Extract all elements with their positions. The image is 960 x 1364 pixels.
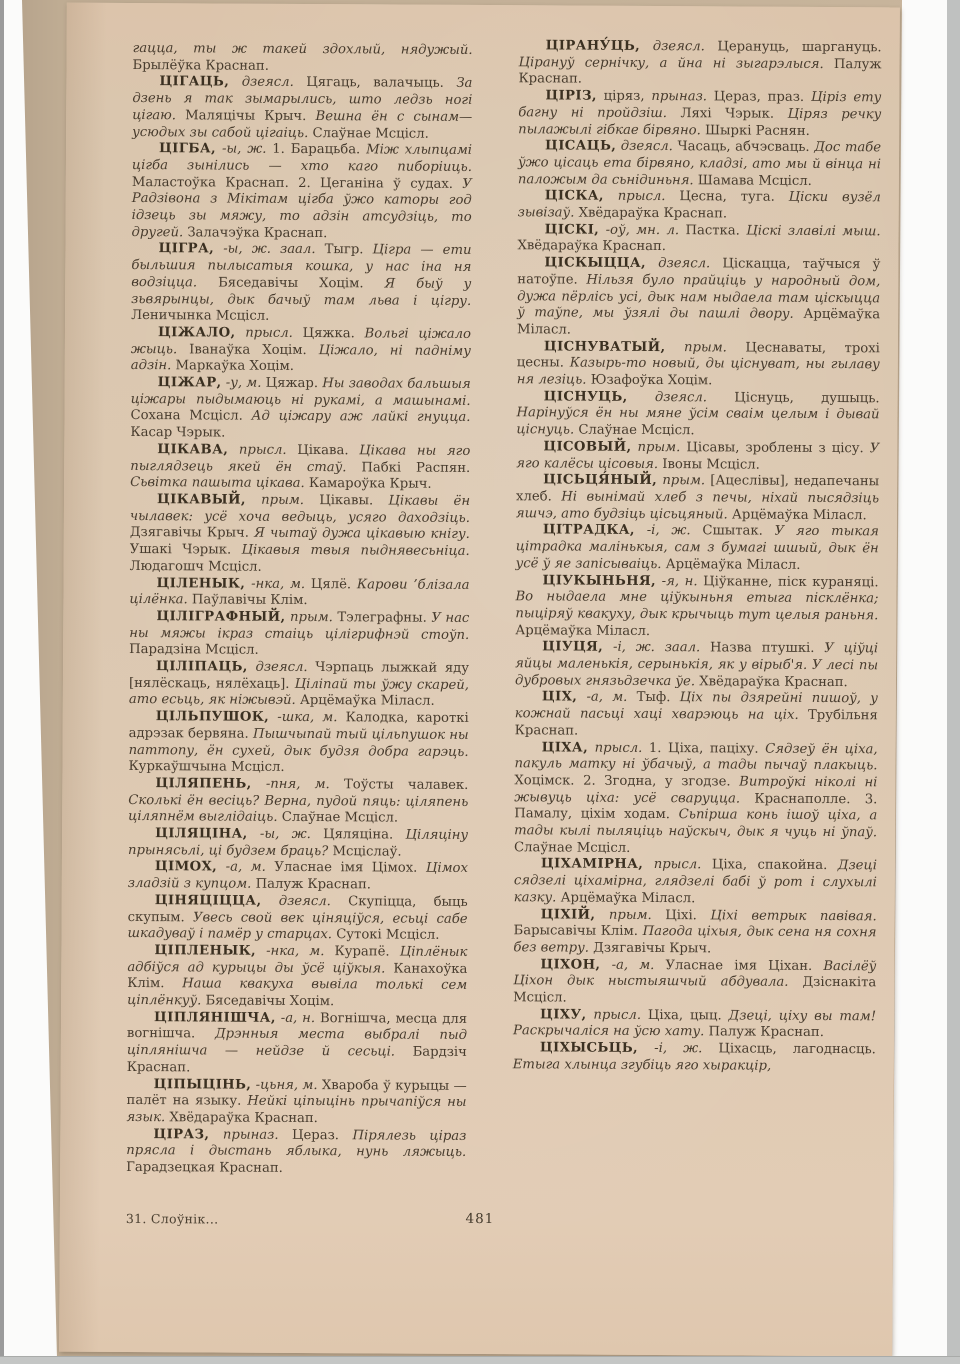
entry-example-text: -а, н. — [276, 1011, 320, 1026]
entry-definition-text: Тыгр. — [325, 243, 373, 258]
dictionary-entry: ЦІХУ, прысл. Ціха, цыц. Дзеці, ціху вы т… — [513, 1007, 876, 1042]
headword: ЦІСКЫЦЦА, — [544, 256, 646, 272]
entry-definition-text: Брылёўка Краснап. — [132, 58, 268, 74]
entry-definition-text: Іванаўка Хоцім. — [189, 342, 319, 358]
entry-definition-text: Ціхі. — [665, 908, 710, 923]
entry-example-text: дзеясл. — [640, 39, 717, 54]
left-text-column: гацца, ты ж такей здохлый, нядужый. Брыл… — [126, 41, 473, 1179]
entry-definition-text: Сутокі Мсцісл. — [336, 927, 439, 943]
dictionary-entry: ЦІЛЯПЕНЬ, -пня, м. Тоўсты чалавек. Сколь… — [128, 776, 468, 828]
entry-definition-text: Мсціслаў. — [332, 844, 401, 859]
headword: ЦІКАВЫЙ, — [157, 492, 246, 508]
entry-example-text: прысл. — [604, 189, 680, 204]
entry-definition-text: Цесна, туга. — [679, 189, 788, 205]
entry-definition-text: Хвёдараўка Краснап. — [169, 1110, 318, 1126]
dictionary-entry: ЦІТРАДКА, -і, ж. Сшытак. У яго тыкая ціт… — [516, 523, 879, 575]
entry-definition-text: Цераз. — [292, 1128, 353, 1143]
entry-definition-text: Маластоўка Краснап. 2. Цеганіна ў судах. — [132, 175, 463, 192]
entry-definition-text: Івоны Мсцісл. — [662, 457, 760, 473]
entry-definition-text: Ціснуць, душыць. — [734, 390, 879, 406]
entry-example-text: Етыга хлынца згубіць яго хыракцір, — [513, 1057, 771, 1073]
entry-definition-text: Арцёмаўка Міласл. — [666, 557, 801, 573]
entry-definition-text: Пастка. — [685, 223, 746, 238]
entry-example-text: Ціхі ветрык павівая. — [710, 908, 876, 924]
entry-definition-text: Дзягавічы Крыч. — [593, 941, 711, 957]
entry-example-text: Ціскі злавілі мыш. — [746, 223, 880, 239]
entry-example-text: Во ныдаела мне ціўкыньня етыга пісклёнка… — [515, 589, 878, 623]
entry-definition-text: Цягаць, валачыць. — [306, 75, 456, 91]
dictionary-entry: ЦІРАНУ́ЦЬ, дзеясл. Церануць, шаргануць. … — [518, 38, 881, 90]
entry-example-text: Сьвітка пашыта цікава. — [130, 475, 309, 491]
entry-definition-text: Пабкі Распян. — [361, 460, 470, 476]
scan-edge-bottom — [0, 1356, 960, 1364]
entry-definition-text: ціряз, — [597, 89, 652, 104]
dictionary-entry: ЦІРІЗ, ціряз, прыназ. Цераз, праз. Ціріз… — [518, 88, 881, 140]
entry-example-text: прым. — [246, 493, 319, 508]
headword: ЦІХЫСЬЦЬ, — [540, 1041, 638, 1057]
dictionary-entry: ЦІЛЯЦІНА, -ы, ж. Цяляціна. Ціляціну прын… — [128, 826, 468, 861]
entry-example-text: дзеясл. — [628, 390, 735, 406]
dictionary-entry: ЦІСОВЫЙ, прым. Цісавы, зроблены з цісу. … — [516, 439, 879, 474]
entry-example-text: -ы, ж. — [216, 142, 272, 157]
headword: ЦІРІЗ, — [545, 88, 597, 103]
entry-definition-text: Арцёмаўка Міласл. — [300, 693, 435, 709]
entry-definition-text: Палуж Краснап. — [709, 1025, 824, 1041]
entry-definition-text: Арцёмаўка Міласл. — [515, 623, 650, 639]
dictionary-entry: ЦІХІЙ, прым. Ціхі. Ціхі ветрык павівая. … — [513, 907, 876, 959]
entry-definition-text: Маляцічы Крыч. — [185, 108, 315, 124]
entry-example-text: прым. — [595, 907, 665, 922]
headword: ЦІХУ, — [540, 1007, 587, 1022]
signature-note: 31. Слоўнік... — [126, 1211, 219, 1227]
headword: ЦІПЛЕНЫК, — [154, 943, 256, 959]
entry-example-text: -ы, ж. заал. — [214, 242, 325, 258]
dictionary-entry: ЦІХА, прысл. 1. Ціха, паціху. Сядзеў ён … — [514, 740, 878, 859]
entry-definition-text: Ціхасць, лагоднасць. — [718, 1042, 876, 1058]
entry-definition-text: Уласнае імя Ціхан. — [665, 958, 823, 974]
dictionary-entry: ЦІСНУВАТЫЙ, прым. Цеснаваты, трохі цесны… — [517, 339, 880, 391]
dictionary-entry: ЦІХОН, -а, м. Уласнае імя Ціхан. Васілёў… — [513, 957, 876, 1009]
entry-example-text: -пня, м. — [252, 777, 344, 793]
entry-definition-text: Ціўканне, піск кураняці. — [703, 574, 878, 590]
entry-example-text: дзеясл. — [248, 660, 316, 675]
entry-definition-text: Арцёмаўка Міласл. — [561, 890, 696, 906]
entry-definition-text: Сохана Мсцісл. — [130, 408, 251, 424]
entry-definition-text: Юзафоўка Хоцім. — [591, 373, 713, 389]
entry-example-text: прысл. — [643, 857, 712, 872]
entry-example-text: -а, м. — [217, 860, 274, 875]
entry-definition-text: Цераз, праз. — [714, 89, 811, 105]
entry-example-text: -нка, м. — [245, 576, 311, 591]
dictionary-entry: ЦІХАМІРНА, прысл. Ціха, спакойна. Дзеці … — [514, 857, 877, 909]
headword: ЦІГАЦЬ, — [159, 75, 229, 90]
headword: ЦІПЛЯНІШЧА, — [154, 1010, 276, 1026]
headword: ЦІСКІ, — [545, 222, 600, 237]
entry-definition-text: Ушакі Чэрык. — [130, 542, 242, 558]
headword: ЦІХА, — [542, 740, 589, 755]
entry-example-text: -у, м. — [222, 376, 266, 391]
entry-example-text: прысл. — [588, 740, 649, 755]
dictionary-entry: ЦІСКІ, -оў, мн. л. Пастка. Ціскі злавілі… — [517, 222, 880, 257]
entry-example-text: -ы, ж. — [248, 827, 324, 842]
entry-definition-text: Шамава Мсцісл. — [698, 173, 812, 189]
entry-example-text: прысл. — [235, 326, 302, 341]
dictionary-entry: ЦІПЛЯНІШЧА, -а, н. Вогнішча, месца для в… — [127, 1010, 467, 1079]
entry-example-text: Я чытаў дужа цікавыю кнігу. — [254, 526, 470, 542]
entry-example-text: -і, ж. — [635, 523, 703, 538]
scan-edge-left — [0, 0, 4, 1364]
entry-example-text: дзеясл. — [646, 256, 722, 271]
entry-example-text: прыназ. — [651, 89, 714, 104]
entry-example-text: -а, м. — [600, 957, 665, 972]
right-text-column: ЦІРАНУ́ЦЬ, дзеясл. Церануць, шаргануць. … — [513, 38, 882, 1076]
dictionary-entry: ЦІПЫЦІНЬ, -цьня, м. Хвароба ў курыцы — п… — [126, 1077, 466, 1129]
entry-example-text: прым. — [665, 340, 745, 355]
headword: ЦІНЯЦІЦЦА, — [155, 893, 262, 909]
entry-definition-text: Тоўсты чалавек. — [344, 777, 468, 793]
entry-definition-text: Часаць, абчэсваць. — [677, 139, 814, 155]
dictionary-entry: ЦІКАВЫЙ, прым. Цікавы. Цікавы ён чылавек… — [130, 492, 470, 577]
headword: ЦІЛЯПЕНЬ, — [155, 776, 251, 792]
headword: ЦІЛЕНЫК, — [157, 576, 246, 592]
entry-definition-text: Слаўнае Мсцісл. — [312, 126, 428, 142]
entry-definition-text: Леничынка Мсцісл. — [131, 308, 269, 324]
headword: ЦІЖАЛО, — [158, 325, 236, 340]
entry-example-text: -шка, м. — [269, 710, 345, 725]
headword: ЦІУЦЯ, — [542, 640, 603, 655]
headword: ЦІПЫЦІНЬ, — [154, 1077, 252, 1093]
entry-definition-text: Гарадзецкая Краснап. — [126, 1160, 283, 1176]
headword: ЦІМОХ, — [155, 860, 217, 875]
entry-definition-text: Хоцімск. 2. Згодна, у згодзе. — [514, 773, 739, 789]
entry-definition-text: Слаўнае Мсцісл. — [514, 840, 630, 856]
entry-definition-text: Уласнае імя Цімох. — [274, 860, 426, 876]
entry-example-text: прым. — [631, 440, 686, 455]
headword: ЦІРАНУ́ЦЬ, — [546, 38, 641, 54]
dictionary-entry: ЦІЛЕНЫК, -нка, м. Цялё. Карови ’блізала … — [129, 575, 469, 610]
headword: ЦІЛЬПУШОК, — [156, 709, 270, 725]
dictionary-entry: ЦІГБА, -ы, ж. 1. Барацьба. Між хлыпцамі … — [132, 141, 473, 243]
entry-example-text: дзеясл. — [616, 139, 677, 154]
entry-definition-text: Палуж Краснап. — [256, 877, 371, 893]
dictionary-entry: ЦІГРА, -ы, ж. заал. Тыгр. Цігра — ети бы… — [131, 241, 471, 326]
entry-definition-text: Паўлавічы Клім. — [192, 593, 308, 609]
dictionary-entry: ЦІЛЬПУШОК, -шка, м. Калодка, кароткі адр… — [128, 709, 468, 778]
headword: ЦІЛІПАЦЬ, — [156, 659, 248, 675]
headword: ЦІСНУВАТЫЙ, — [544, 339, 666, 355]
dictionary-entry: ЦІСНУЦЬ, дзеясл. Ціснуць, душыць. Наріну… — [516, 389, 879, 441]
dictionary-entry: ЦІЛІГРАФНЫЙ, прым. Тэлеграфны. У нас ны … — [129, 609, 469, 661]
entry-definition-text: Камароўка Крыч. — [309, 476, 432, 492]
entry-definition-text: Ціха, цыц. — [648, 1008, 729, 1023]
dictionary-entry: ЦІНЯЦІЦЦА, дзеясл. Скупіцца, быць скупым… — [127, 893, 467, 945]
headword: ЦІЖАР, — [158, 375, 222, 390]
entry-definition-text: Цяжар. — [266, 376, 323, 391]
entry-definition-text: Слаўнае Мсцісл. — [578, 423, 694, 439]
entry-definition-text: Цяляціна. — [323, 827, 405, 842]
entry-example-text: -я, н. — [656, 574, 703, 589]
headword: ЦІХ, — [542, 690, 577, 705]
entry-definition-text: Цяжка. — [303, 326, 365, 341]
scan-edge-right — [947, 0, 960, 1364]
entry-definition-text: Арцёмаўка Міласл. — [732, 507, 867, 523]
entry-definition-text: Парадзіна Мсцісл. — [129, 642, 259, 658]
headword: ЦІУКЫНЬНЯ, — [543, 573, 657, 589]
dictionary-entry: ЦІСКА, прысл. Цесна, туга. Ціски вузёл з… — [518, 189, 881, 224]
entry-example-text: прыназ. — [209, 1127, 292, 1142]
headword: ЦІРАЗ, — [153, 1127, 209, 1142]
dictionary-entry: ЦІЖАЛО, прысл. Цяжка. Вольгі ціжало жыць… — [131, 325, 471, 377]
dictionary-page-scan: гацца, ты ж такей здохлый, нядужый. Брыл… — [59, 3, 900, 1357]
headword: ЦІТРАДКА, — [543, 523, 635, 539]
entry-definition-text: Цікавы. — [319, 493, 388, 508]
entry-definition-text: Сшытак. — [702, 524, 774, 539]
dictionary-entry: ЦІСАЦЬ, дзеясл. Часаць, абчэсваць. Дос т… — [518, 138, 881, 190]
dictionary-entry: ЦІЛІПАЦЬ, дзеясл. Чэрпаць лыжкай яду [ня… — [129, 659, 469, 711]
entry-definition-text: Церануць, шаргануць. — [717, 39, 881, 55]
entry-definition-text: Курапё. — [334, 944, 399, 959]
dictionary-entry: ЦІСКЫЦЦА, дзеясл. Ціскацца, таўчыся ў на… — [517, 255, 880, 341]
headword: ЦІХОН, — [540, 957, 600, 972]
dictionary-entry: ЦІМОХ, -а, м. Уласнае імя Цімох. Цімох з… — [128, 859, 468, 894]
entry-definition-text: 1. Барацьба. — [272, 142, 366, 158]
headword: ЦІЛІГРАФНЫЙ, — [156, 609, 285, 625]
entry-definition-text: Ціха, спакойна. — [712, 858, 838, 874]
entry-definition-text: Маркаўка Хоцім. — [175, 359, 294, 375]
entry-example-text: Ад ціжару аж лайкі гнуцца. — [252, 409, 471, 425]
entry-definition-text: Тыф. — [637, 690, 680, 705]
dictionary-entry: ЦІХЫСЬЦЬ, -і, ж. Ціхасць, лагоднасць. Ет… — [513, 1040, 876, 1075]
page-number: 481 — [445, 1211, 515, 1227]
entry-example-text: прым. — [657, 473, 710, 488]
entry-definition-text: Цялё. — [311, 577, 357, 592]
entry-example-text: гацца, ты ж такей здохлый, нядужый. — [133, 41, 473, 58]
entry-definition-text: 1. Ціха, паціху. — [649, 741, 765, 757]
entry-example-text: Цірануў сернічку, а йна ні зыгарэлыся. — [519, 55, 834, 72]
entry-definition-text: Хвёдараўка Краснап. — [579, 206, 728, 222]
entry-example-text: -а, м. — [577, 690, 636, 705]
headword: ЦІГБА, — [159, 141, 216, 156]
entry-definition-text: Барысавічы Клім. — [514, 923, 643, 939]
entry-definition-text: Тэлеграфны. — [337, 610, 431, 626]
entry-definition-text: Куркаўшчына Мсцісл. — [128, 759, 284, 775]
dictionary-entry: ЦІКАВА, прысл. Цікава. Цікава ны яго пыг… — [130, 442, 470, 494]
dictionary-entry: ЦІУКЫНЬНЯ, -я, н. Ціўканне, піск кураняц… — [515, 573, 878, 642]
entry-example-text: дзеясл. — [229, 75, 306, 90]
headword: ЦІСАЦЬ, — [545, 139, 616, 154]
entry-definition-text: Людагошч Мсцісл. — [130, 559, 262, 575]
headword: ЦІСНУЦЬ, — [544, 389, 628, 404]
entry-example-text: -оў, мн. л. — [599, 222, 685, 237]
entry-definition-text: Назва птушкі. — [710, 641, 824, 657]
headword: ЦІСЬЦЯ́НЫЙ, — [543, 473, 657, 489]
headword: ЦІЛЯЦІНА, — [155, 826, 248, 842]
entry-definition-text: Цікава. — [297, 443, 359, 458]
headword: ЦІХІЙ, — [541, 907, 596, 922]
entry-example-text: -і, ж. — [638, 1041, 718, 1056]
entry-definition-text: Дзягавічы Крыч. — [130, 525, 254, 541]
headword: ЦІГРА, — [158, 242, 214, 257]
entry-definition-text: Хвёдараўка Краснап. — [517, 239, 666, 255]
entry-definition-text: Бяседавічы Хоцім. — [218, 275, 385, 291]
entry-example-text: -цьня, м. — [251, 1077, 322, 1092]
headword: ЦІХАМІРНА, — [541, 857, 643, 873]
entry-example-text: -і, ж. заал. — [603, 640, 710, 656]
entry-example-text: Нарінуўся ён ны мяне ўсім сваім целым і … — [516, 406, 879, 438]
entry-definition-text: Касар Чэрык. — [130, 425, 225, 441]
headword: ЦІСКА, — [545, 189, 604, 204]
entry-definition-text: Бяседавічы Хоцім. — [205, 994, 334, 1010]
entry-example-text: прысл. — [586, 1007, 648, 1022]
dictionary-entry: ЦІУЦЯ, -і, ж. заал. Назва птушкі. У ціўц… — [515, 640, 878, 692]
dictionary-entry: ЦІПЛЕНЫК, -нка, м. Курапё. Ціплёнык адбі… — [127, 943, 467, 1012]
entry-definition-text: Хвёдараўка Краснап. — [699, 674, 848, 690]
headword: ЦІСОВЫЙ, — [543, 439, 631, 455]
entry-example-text: -нка, м. — [256, 944, 335, 959]
dictionary-entry: ЦІХ, -а, м. Тыф. Ціх пы дзярейні пишоў, … — [515, 690, 878, 742]
entry-example-text: прым. — [285, 610, 337, 625]
dictionary-entry: ЦІРАЗ, прыназ. Цераз. Пірялезь ціраз пря… — [126, 1127, 466, 1179]
entry-definition-text: Слаўнае Мсцісл. — [282, 810, 398, 826]
entry-definition-text: Цісавы, зроблены з цісу. — [686, 440, 870, 456]
scanned-dictionary-photo: { "page": { "paper_color": "#dac5ad", "i… — [0, 0, 960, 1364]
entry-definition-text: Ляхі Чэрык. — [681, 106, 788, 122]
entry-example-text: дзеясл. — [261, 894, 348, 909]
dictionary-entry: ЦІГАЦЬ, дзеясл. Цягаць, валачыць. За дзе… — [132, 74, 472, 143]
headword: ЦІКАВА, — [157, 442, 228, 457]
entry-example-text: Цікавыя твыя пыднявесьніца. — [241, 543, 469, 559]
dictionary-entry: ЦІЖАР, -у, м. Цяжар. Ны заводах бальшыя … — [130, 375, 470, 444]
entry-example-text: прысл. — [228, 442, 297, 457]
dictionary-entry-continuation: гацца, ты ж такей здохлый, нядужый. Брыл… — [132, 41, 472, 76]
entry-definition-text: Залачэўка Краснап. — [187, 225, 327, 241]
entry-definition-text: Шыркі Раснян. — [705, 123, 810, 139]
dictionary-entry: ЦІСЬЦЯ́НЫЙ, прым. [Ацеслівы], недапечаны… — [516, 472, 879, 524]
